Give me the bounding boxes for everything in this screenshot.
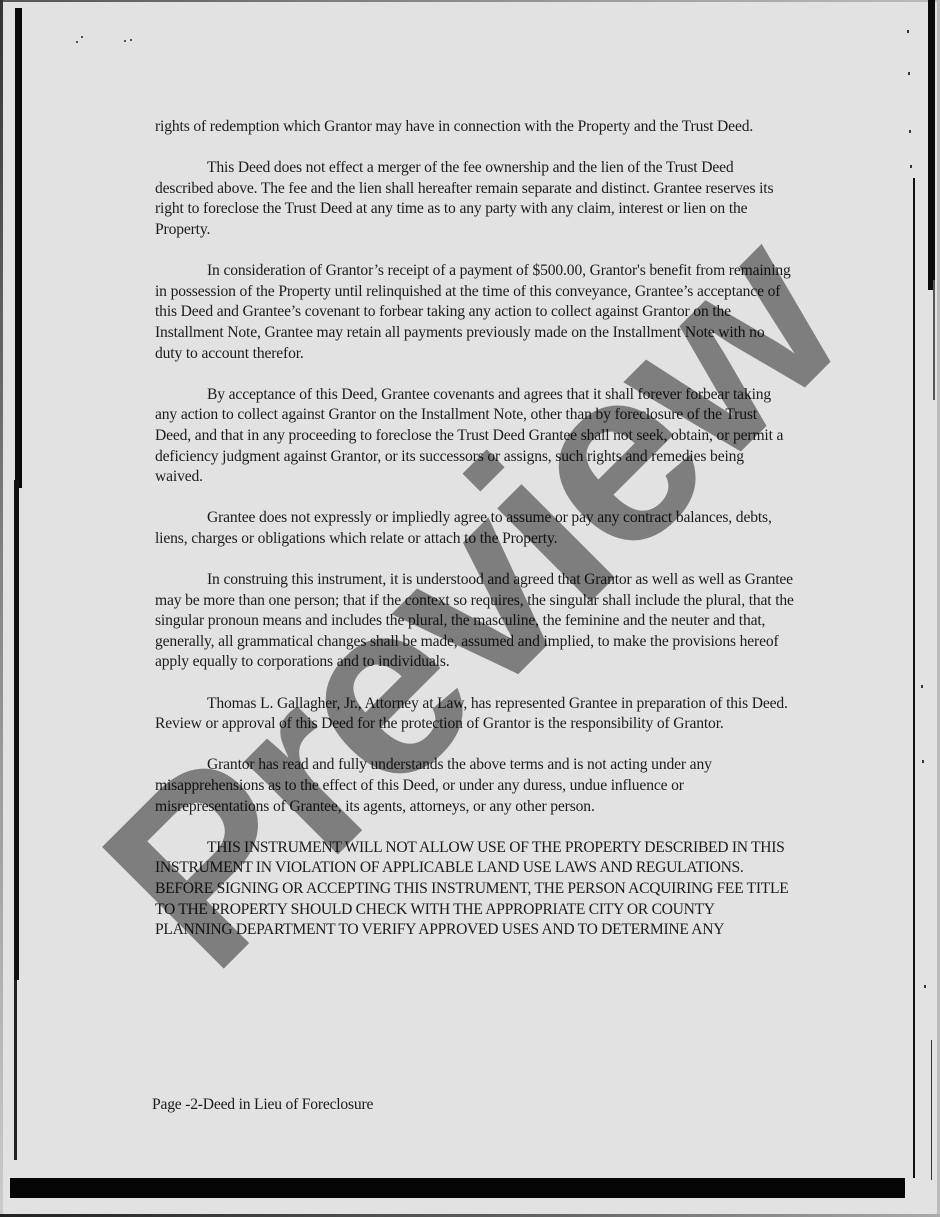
- scan-speck: [921, 685, 923, 688]
- scan-edge-right-shadow: [928, 0, 935, 290]
- paragraph-no-assumption: Grantee does not expressly or impliedly …: [155, 508, 795, 549]
- scan-edge-left-shadow: [14, 980, 17, 1160]
- paragraph-covenant-forbear: By acceptance of this Deed, Grantee cove…: [155, 385, 795, 488]
- scan-speck: [909, 130, 911, 133]
- scanned-document-page: rights of redemption which Grantor may h…: [0, 0, 940, 1217]
- scan-edge-right-shadow: [933, 280, 935, 400]
- scan-speck: [124, 40, 126, 42]
- scan-speck: [81, 36, 83, 38]
- paragraph-redemption-rights: rights of redemption which Grantor may h…: [155, 117, 795, 138]
- paragraph-consideration: In consideration of Grantor’s receipt of…: [155, 261, 795, 364]
- paragraph-no-merger: This Deed does not effect a merger of th…: [155, 158, 795, 240]
- paragraph-land-use-notice: THIS INSTRUMENT WILL NOT ALLOW USE OF TH…: [155, 838, 795, 941]
- scan-speck: [924, 985, 926, 988]
- scan-edge-left: [0, 0, 3, 1217]
- scan-edge-left-shadow: [14, 480, 19, 980]
- scan-edge-top: [0, 0, 940, 2]
- scan-speck: [907, 30, 909, 33]
- document-body: rights of redemption which Grantor may h…: [155, 117, 795, 961]
- page-footer: Page -2-Deed in Lieu of Foreclosure: [152, 1096, 373, 1114]
- paragraph-construction: In construing this instrument, it is und…: [155, 570, 795, 673]
- scan-edge-right-line: [913, 178, 915, 1178]
- scan-speck: [922, 760, 924, 763]
- scan-speck: [76, 41, 78, 43]
- scan-speck: [910, 165, 912, 168]
- scan-edge-mark: [931, 1040, 932, 1180]
- paragraph-grantor-understanding: Grantor has read and fully understands t…: [155, 755, 795, 817]
- scan-edge-bottom-shadow: [10, 1178, 905, 1198]
- scan-speck: [908, 72, 910, 75]
- scan-edge-left-shadow: [15, 8, 22, 488]
- paragraph-attorney-representation: Thomas L. Gallagher, Jr., Attorney at La…: [155, 694, 795, 735]
- scan-speck: [130, 39, 132, 41]
